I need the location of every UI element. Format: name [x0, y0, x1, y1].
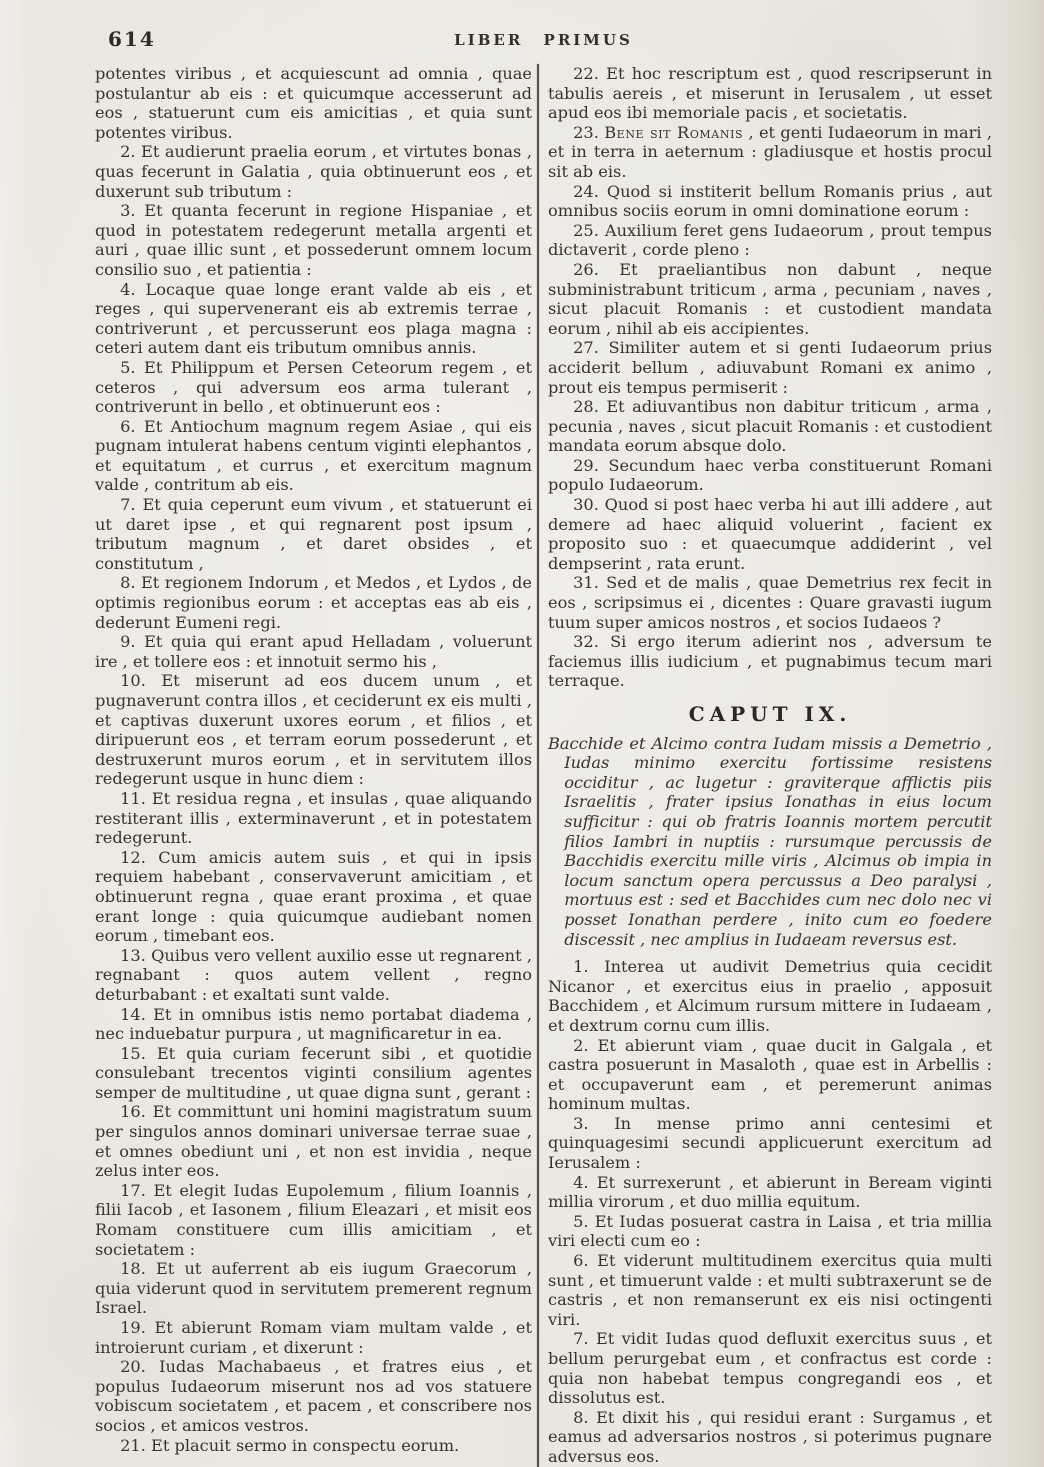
- verse-paragraph: 8. Et regionem Indorum , et Medos , et L…: [95, 573, 532, 632]
- verse-paragraph: 32. Si ergo iterum adierint nos , advers…: [548, 632, 992, 691]
- verse-paragraph: 27. Similiter autem et si genti Iudaeoru…: [548, 338, 992, 397]
- verse-paragraph: 5. Et Philippum et Persen Ceteorum regem…: [95, 358, 532, 417]
- smallcaps-phrase: Bene sit Romanis: [604, 123, 743, 142]
- verse-paragraph: 6. Et viderunt multitudinem exercitus qu…: [548, 1251, 992, 1329]
- verse-paragraph: 4. Et surrexerunt , et abierunt in Berea…: [548, 1173, 992, 1212]
- verse-paragraph: 3. Et quanta fecerunt in regione Hispani…: [95, 201, 532, 279]
- verse-paragraph: 19. Et abierunt Romam viam multam valde …: [95, 1318, 532, 1357]
- verse-paragraph: 5. Et Iudas posuerat castra in Laisa , e…: [548, 1212, 992, 1251]
- verse-paragraph: 7. Et quia ceperunt eum vivum , et statu…: [95, 495, 532, 573]
- verse-paragraph: 22. Et hoc rescriptum est , quod rescrip…: [548, 64, 992, 123]
- book-page: 614 LIBER PRIMUS potentes viribus , et a…: [0, 0, 1044, 1467]
- verse-paragraph: 13. Quibus vero vellent auxilio esse ut …: [95, 946, 532, 1005]
- verse-paragraph: 9. Et quia qui erant apud Helladam , vol…: [95, 632, 532, 671]
- verse-paragraph: 10. Et miserunt ad eos ducem unum , et p…: [95, 671, 532, 789]
- chapter-argument: Bacchide et Alcimo contra Iudam missis a…: [548, 734, 992, 950]
- left-column: potentes viribus , et acquiescunt ad omn…: [95, 64, 532, 1467]
- verse-paragraph: potentes viribus , et acquiescunt ad omn…: [95, 64, 532, 142]
- verse-paragraph: 31. Sed et de malis , quae Demetrius rex…: [548, 573, 992, 632]
- verse-paragraph: 8. Et dixit his , qui residui erant : Su…: [548, 1408, 992, 1467]
- verse-paragraph: 17. Et elegit Iudas Eupolemum , filium I…: [95, 1181, 532, 1259]
- verse-paragraph: 15. Et quia curiam fecerunt sibi , et qu…: [95, 1044, 532, 1103]
- verse-paragraph: 7. Et vidit Iudas quod defluxit exercitu…: [548, 1329, 992, 1407]
- verse-paragraph: 4. Locaque quae longe erant valde ab eis…: [95, 280, 532, 358]
- verse-paragraph: 30. Quod si post haec verba hi aut illi …: [548, 495, 992, 573]
- verse-paragraph: 16. Et committunt uni homini magistratum…: [95, 1102, 532, 1180]
- verse-paragraph: 28. Et adiuvantibus non dabitur triticum…: [548, 397, 992, 456]
- verse-paragraph: 29. Secundum haec verba constituerunt Ro…: [548, 456, 992, 495]
- verse-paragraph: 20. Iudas Machabaeus , et fratres eius ,…: [95, 1357, 532, 1435]
- verse-paragraph: 21. Et placuit sermo in conspectu eorum.: [95, 1436, 532, 1456]
- verse-number: 23.: [573, 123, 604, 142]
- text-columns: potentes viribus , et acquiescunt ad omn…: [95, 64, 992, 1467]
- verse-paragraph: 26. Et praeliantibus non dabunt , neque …: [548, 260, 992, 338]
- verse-paragraph: 11. Et residua regna , et insulas , quae…: [95, 789, 532, 848]
- running-title: LIBER PRIMUS: [95, 31, 992, 49]
- verse-paragraph: 2. Et abierunt viam , quae ducit in Galg…: [548, 1036, 992, 1114]
- column-divider: [537, 64, 539, 1467]
- verse-paragraph-smallcaps: 23. Bene sit Romanis , et genti Iudaeoru…: [548, 123, 992, 182]
- verse-paragraph: 24. Quod si institerit bellum Romanis pr…: [548, 182, 992, 221]
- right-column: 22. Et hoc rescriptum est , quod rescrip…: [548, 64, 992, 1467]
- verse-paragraph: 3. In mense primo anni centesimi et quin…: [548, 1114, 992, 1173]
- verse-paragraph: 2. Et audierunt praelia eorum , et virtu…: [95, 142, 532, 201]
- verse-paragraph: 14. Et in omnibus istis nemo portabat di…: [95, 1005, 532, 1044]
- verse-paragraph: 6. Et Antiochum magnum regem Asiae , qui…: [95, 417, 532, 495]
- page-header: 614 LIBER PRIMUS: [95, 27, 992, 57]
- verse-paragraph: 12. Cum amicis autem suis , et qui in ip…: [95, 848, 532, 946]
- chapter-heading: CAPUT IX.: [548, 705, 992, 725]
- verse-paragraph: 18. Et ut auferrent ab eis iugum Graecor…: [95, 1259, 532, 1318]
- verse-paragraph: 25. Auxilium feret gens Iudaeorum , prou…: [548, 221, 992, 260]
- verse-paragraph: 1. Interea ut audivit Demetrius quia cec…: [548, 957, 992, 1035]
